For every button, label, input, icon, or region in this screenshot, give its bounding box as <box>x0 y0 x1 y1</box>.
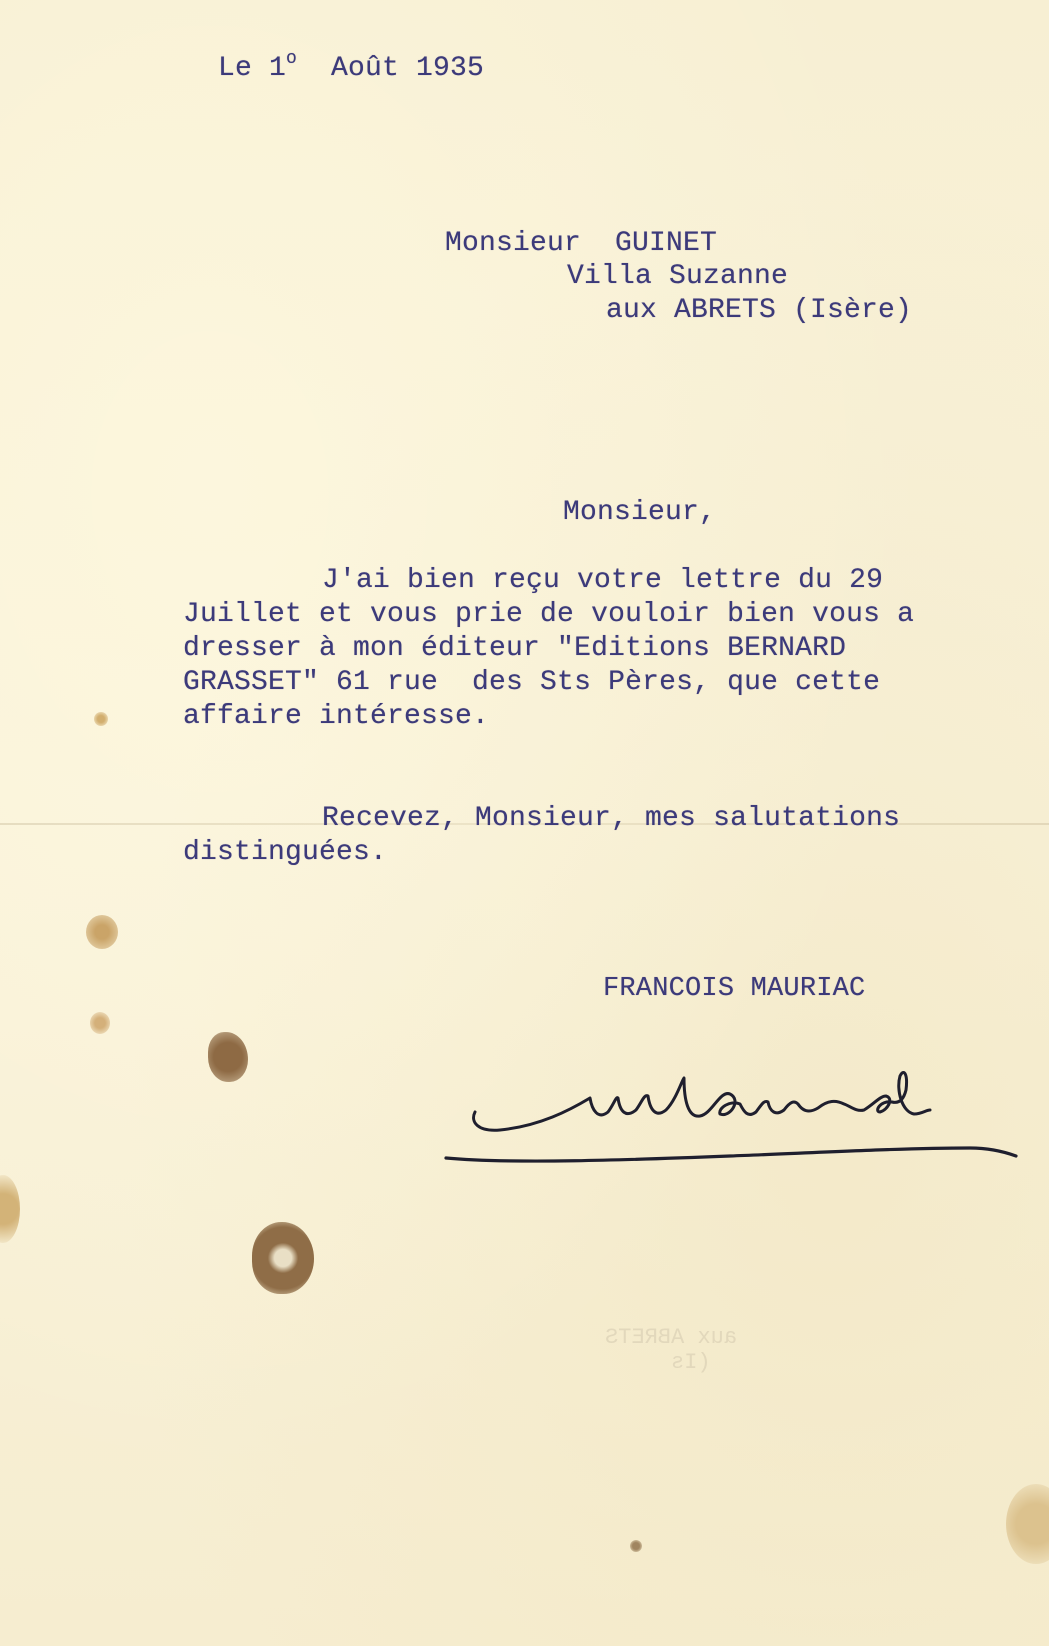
body-line: J'ai bien reçu votre lettre du 29 <box>322 564 883 598</box>
recipient-name: Monsieur GUINET <box>445 227 717 261</box>
stain-spot <box>86 915 118 949</box>
stain-spot <box>0 1175 20 1243</box>
stain-spot <box>94 712 108 726</box>
date-superscript: o <box>286 49 297 69</box>
show-through-text: aux ABRETS (Is <box>605 1325 737 1375</box>
salutation: Monsieur, <box>563 496 716 530</box>
closing-line: distinguées. <box>183 836 387 870</box>
handwritten-signature <box>430 1060 1030 1180</box>
signatory-name: FRANCOIS MAURIAC <box>603 972 865 1006</box>
date-month-year: Août 1935 <box>297 53 484 84</box>
date-day: Le 1 <box>218 53 286 84</box>
recipient-street: Villa Suzanne <box>567 260 788 294</box>
body-line: Juillet et vous prie de vouloir bien vou… <box>183 598 914 632</box>
stain-spot <box>630 1540 642 1552</box>
closing-line: Recevez, Monsieur, mes salutations <box>322 802 900 836</box>
body-line: GRASSET" 61 rue des Sts Pères, que cette <box>183 666 880 700</box>
letter-page: aux ABRETS (Is Le 1o Août 1935 Monsieur … <box>0 0 1049 1646</box>
letter-date: Le 1o Août 1935 <box>218 52 484 88</box>
recipient-city: aux ABRETS (Isère) <box>606 294 912 328</box>
stain-spot <box>90 1012 110 1034</box>
body-line: dresser à mon éditeur "Editions BERNARD <box>183 632 846 666</box>
stain-spot <box>208 1032 248 1082</box>
stain-spot <box>1006 1484 1049 1564</box>
stain-spot <box>252 1222 314 1294</box>
body-line: affaire intéresse. <box>183 700 489 734</box>
